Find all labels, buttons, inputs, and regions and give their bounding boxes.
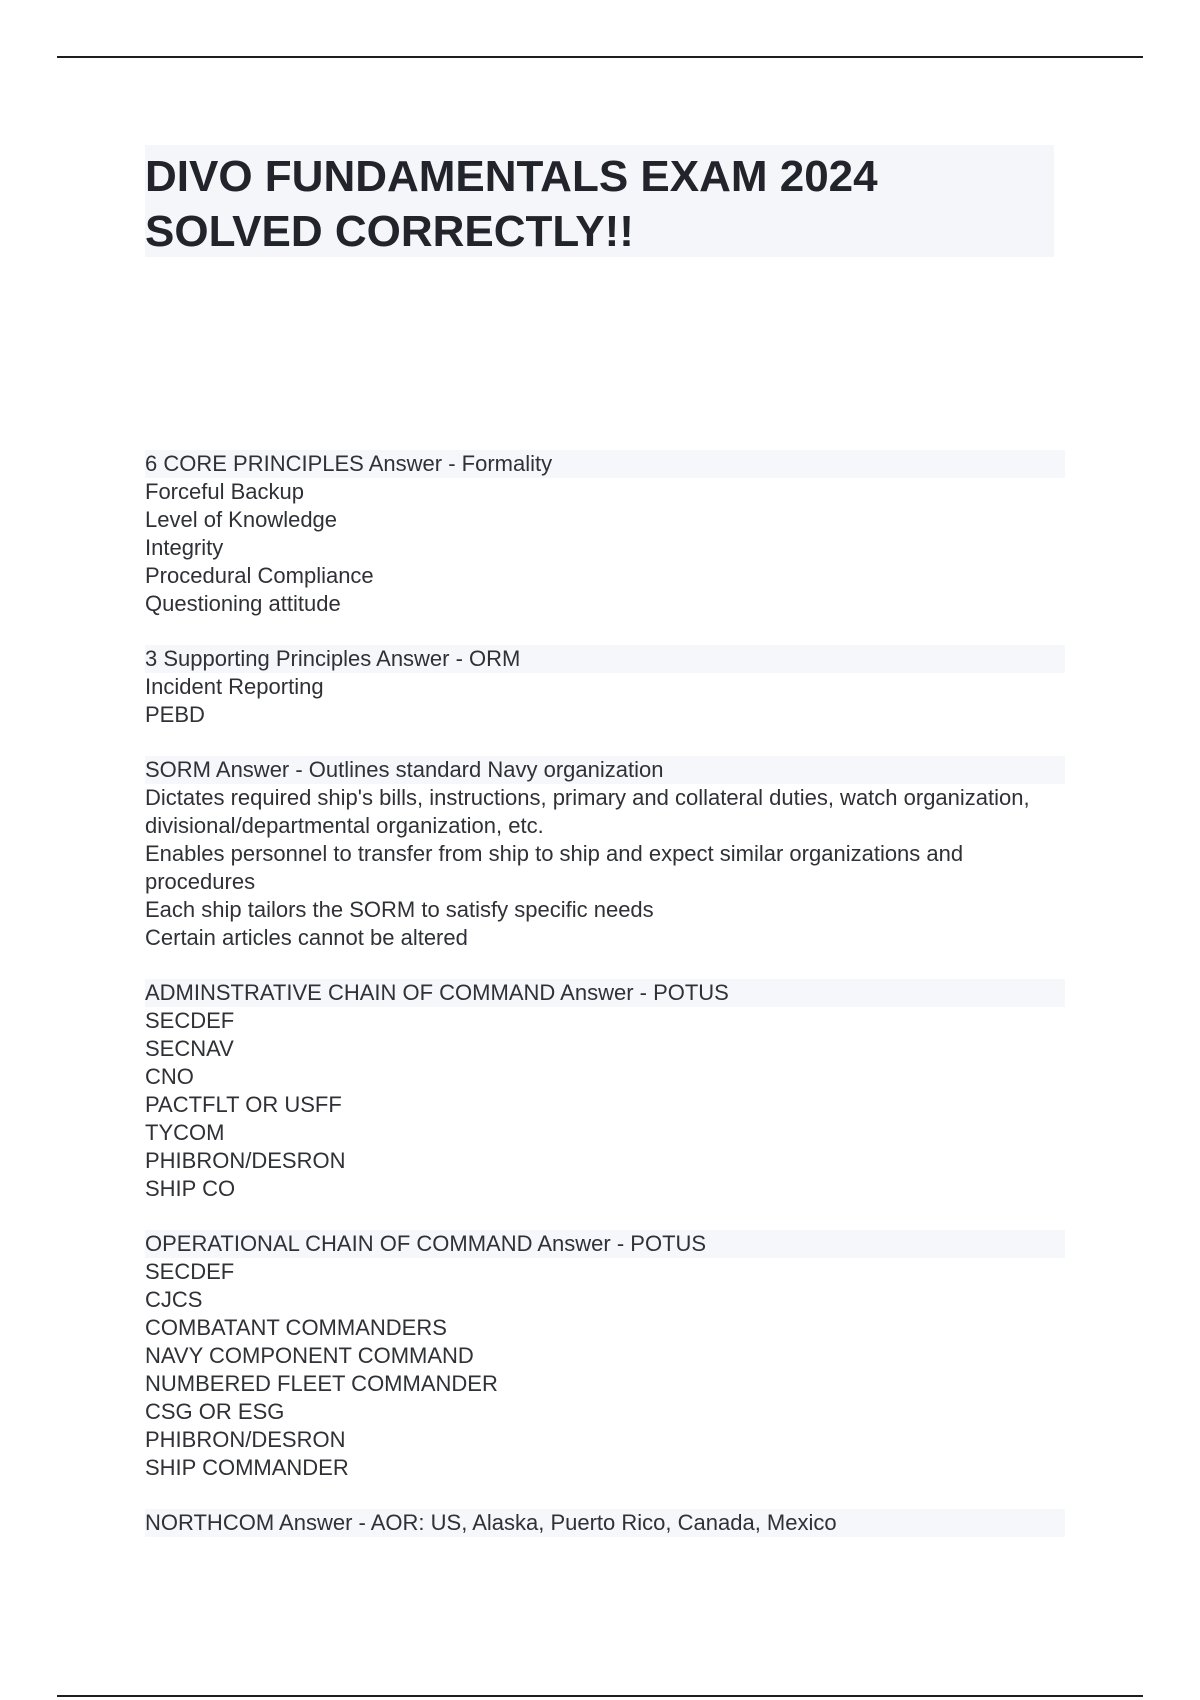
question-line: OPERATIONAL CHAIN OF COMMAND Answer - PO… — [145, 1230, 1065, 1258]
answer-line: PHIBRON/DESRON — [145, 1147, 1065, 1175]
answer-line: PHIBRON/DESRON — [145, 1426, 1065, 1454]
section-northcom: NORTHCOM Answer - AOR: US, Alaska, Puert… — [145, 1509, 1065, 1537]
answer-line: Incident Reporting — [145, 673, 1065, 701]
answer-line: Procedural Compliance — [145, 562, 1065, 590]
answer-line: Integrity — [145, 534, 1065, 562]
answer-line: SHIP CO — [145, 1175, 1065, 1203]
bottom-rule — [57, 1695, 1143, 1697]
document-title: DIVO FUNDAMENTALS EXAM 2024 SOLVED CORRE… — [145, 145, 1054, 259]
answer-line: CNO — [145, 1063, 1065, 1091]
answer-line: SECNAV — [145, 1035, 1065, 1063]
section-sorm: SORM Answer - Outlines standard Navy org… — [145, 756, 1065, 952]
title-line-2: SOLVED CORRECTLY!! — [145, 204, 1054, 259]
question-line: NORTHCOM Answer - AOR: US, Alaska, Puert… — [145, 1509, 1065, 1537]
answer-line: Dictates required ship's bills, instruct… — [145, 784, 1065, 840]
title-line-1: DIVO FUNDAMENTALS EXAM 2024 — [145, 149, 1054, 204]
answer-line: SHIP COMMANDER — [145, 1454, 1065, 1482]
top-rule — [57, 56, 1143, 58]
answer-line: PEBD — [145, 701, 1065, 729]
question-line: 3 Supporting Principles Answer - ORM — [145, 645, 1065, 673]
section-supporting-principles: 3 Supporting Principles Answer - ORM Inc… — [145, 645, 1065, 729]
answer-line: Forceful Backup — [145, 478, 1065, 506]
document-body: 6 CORE PRINCIPLES Answer - Formality For… — [145, 450, 1065, 1564]
section-operational-chain: OPERATIONAL CHAIN OF COMMAND Answer - PO… — [145, 1230, 1065, 1482]
answer-line: SECDEF — [145, 1258, 1065, 1286]
question-line: ADMINSTRATIVE CHAIN OF COMMAND Answer - … — [145, 979, 1065, 1007]
answer-line: SECDEF — [145, 1007, 1065, 1035]
answer-line: NUMBERED FLEET COMMANDER — [145, 1370, 1065, 1398]
answer-line: Questioning attitude — [145, 590, 1065, 618]
answer-line: CJCS — [145, 1286, 1065, 1314]
question-line: SORM Answer - Outlines standard Navy org… — [145, 756, 1065, 784]
answer-line: NAVY COMPONENT COMMAND — [145, 1342, 1065, 1370]
answer-line: Certain articles cannot be altered — [145, 924, 1065, 952]
answer-line: PACTFLT OR USFF — [145, 1091, 1065, 1119]
title-box: DIVO FUNDAMENTALS EXAM 2024 SOLVED CORRE… — [145, 145, 1054, 257]
question-line: 6 CORE PRINCIPLES Answer - Formality — [145, 450, 1065, 478]
answer-line: Enables personnel to transfer from ship … — [145, 840, 1065, 896]
answer-line: Level of Knowledge — [145, 506, 1065, 534]
answer-line: Each ship tailors the SORM to satisfy sp… — [145, 896, 1065, 924]
answer-line: CSG OR ESG — [145, 1398, 1065, 1426]
section-core-principles: 6 CORE PRINCIPLES Answer - Formality For… — [145, 450, 1065, 618]
answer-line: TYCOM — [145, 1119, 1065, 1147]
section-administrative-chain: ADMINSTRATIVE CHAIN OF COMMAND Answer - … — [145, 979, 1065, 1203]
answer-line: COMBATANT COMMANDERS — [145, 1314, 1065, 1342]
